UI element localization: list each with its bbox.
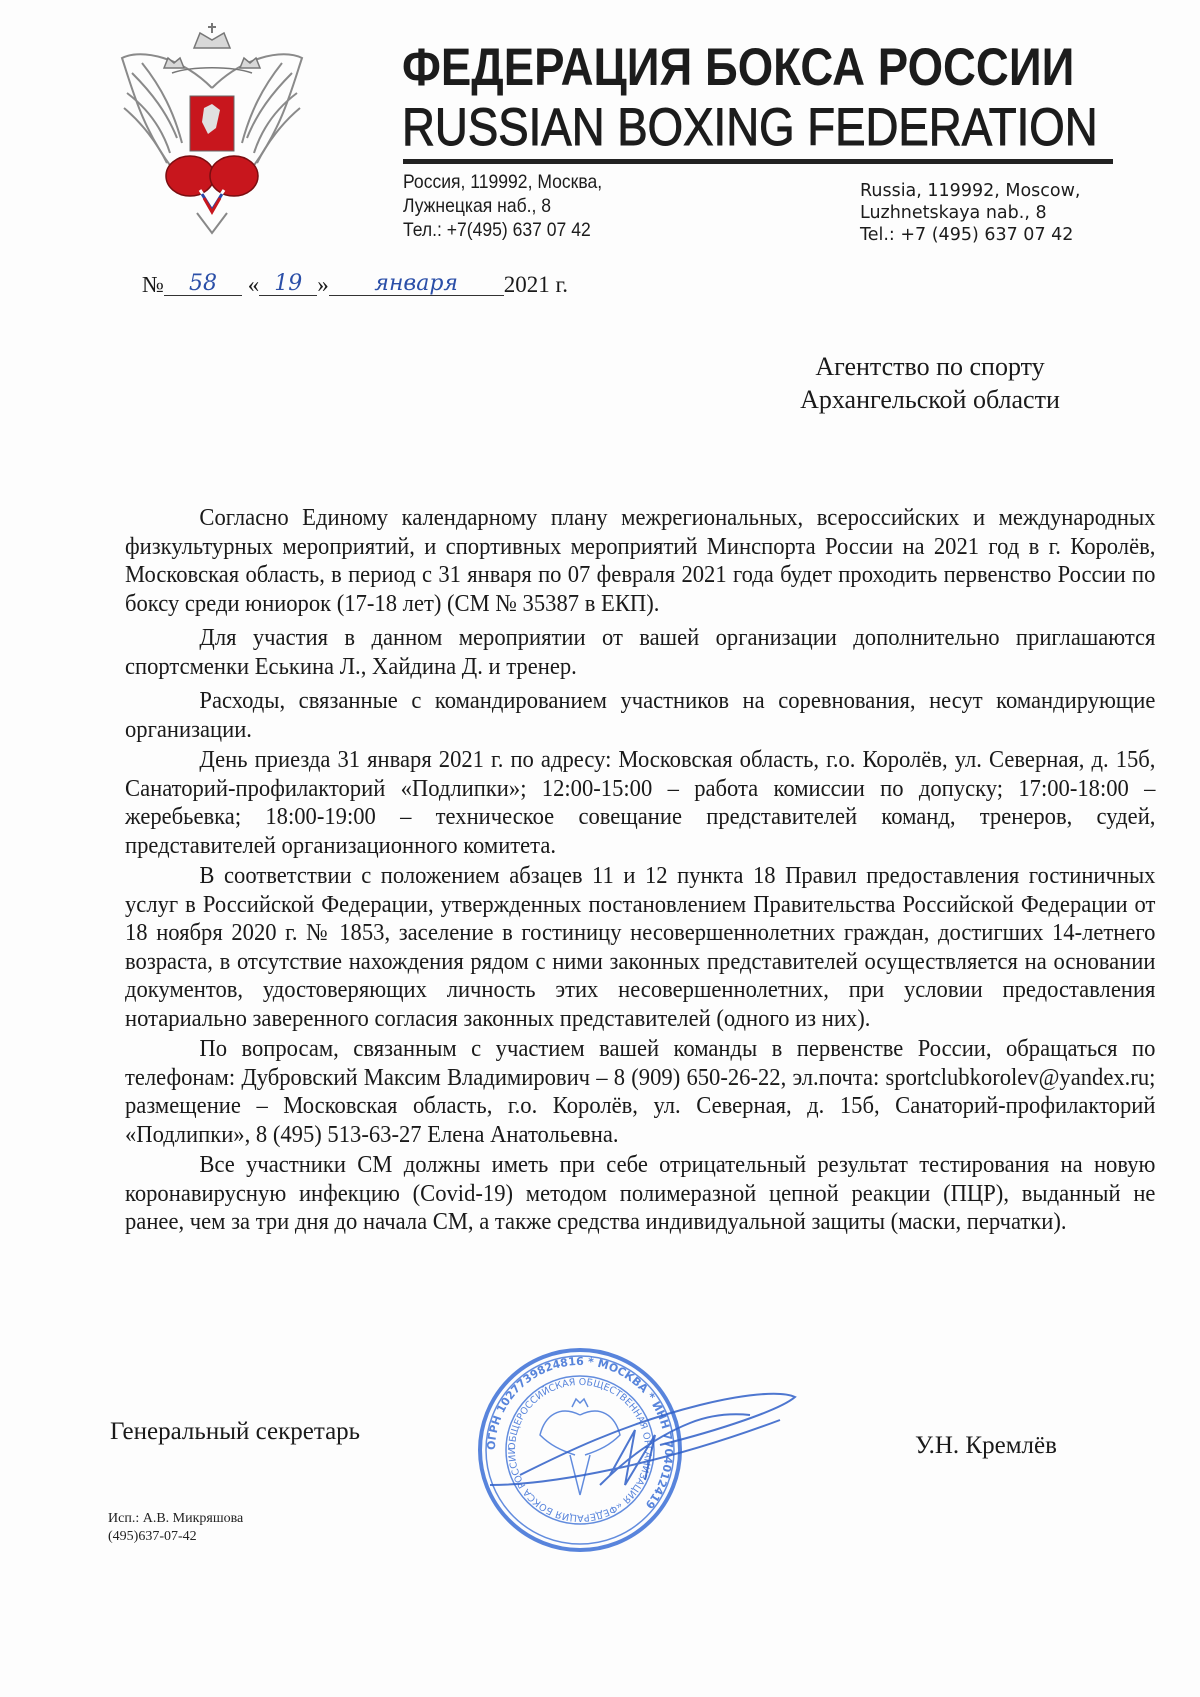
reference-line: №58 «19»января2021 г. bbox=[142, 272, 568, 298]
body-paragraph: День приезда 31 января 2021 г. по адресу… bbox=[125, 746, 1155, 860]
number-label: № bbox=[142, 272, 164, 297]
executor-name: Исп.: А.В. Микряшова bbox=[108, 1510, 243, 1528]
body-paragraph: Все участники СМ должны иметь при себе о… bbox=[125, 1151, 1155, 1237]
addressee: Агентство по спорту Архангельской област… bbox=[770, 350, 1090, 416]
signatory-name: У.Н. Кремлёв bbox=[915, 1432, 1057, 1460]
letter-page: ФЕДЕРАЦИЯ БОКСА РОССИИ RUSSIAN BOXING FE… bbox=[0, 0, 1200, 1697]
addressee-line: Архангельской области bbox=[770, 383, 1090, 416]
federation-emblem-icon bbox=[112, 18, 312, 238]
address-en-phone: Tel.: +7 (495) 637 07 42 bbox=[860, 224, 1080, 246]
address-en-line: Russia, 119992, Moscow, bbox=[860, 180, 1080, 202]
org-name-ru: ФЕДЕРАЦИЯ БОКСА РОССИИ bbox=[402, 38, 1098, 98]
letter-day: 19 bbox=[259, 273, 317, 296]
executor-phone: (495)637-07-42 bbox=[108, 1528, 243, 1546]
address-en-line: Luzhnetskaya nab., 8 bbox=[860, 202, 1080, 224]
body-paragraph: Согласно Единому календарному плану межр… bbox=[125, 504, 1155, 618]
quote-close: » bbox=[317, 272, 329, 297]
letter-body: Согласно Единому календарному плану межр… bbox=[125, 504, 1155, 1243]
letter-number: 58 bbox=[164, 273, 242, 296]
address-ru-line: Россия, 119992, Москва, bbox=[403, 170, 602, 194]
body-paragraph: Для участия в данном мероприятии от ваше… bbox=[125, 624, 1155, 681]
body-paragraph: По вопросам, связанным с участием вашей … bbox=[125, 1035, 1155, 1149]
official-stamp-icon: ОГРН 1027739824816 * МОСКВА * ИНН 770401… bbox=[460, 1335, 800, 1565]
executor-info: Исп.: А.В. Микряшова (495)637-07-42 bbox=[108, 1510, 243, 1546]
address-ru: Россия, 119992, Москва, Лужнецкая наб., … bbox=[403, 170, 602, 242]
address-ru-line: Лужнецкая наб., 8 bbox=[403, 194, 602, 218]
address-ru-phone: Тел.: +7(495) 637 07 42 bbox=[403, 218, 602, 242]
letter-year: 2021 г. bbox=[504, 272, 568, 297]
org-title: ФЕДЕРАЦИЯ БОКСА РОССИИ RUSSIAN BOXING FE… bbox=[402, 38, 1200, 158]
letter-month: января bbox=[329, 273, 504, 296]
quote-open: « bbox=[248, 272, 260, 297]
addressee-line: Агентство по спорту bbox=[770, 350, 1090, 383]
body-paragraph: Расходы, связанные с командированием уча… bbox=[125, 687, 1155, 744]
signatory-title: Генеральный секретарь bbox=[110, 1418, 360, 1446]
address-en: Russia, 119992, Moscow, Luzhnetskaya nab… bbox=[860, 180, 1080, 246]
org-name-en: RUSSIAN BOXING FEDERATION bbox=[402, 98, 1098, 158]
body-paragraph: В соответствии с положением абзацев 11 и… bbox=[125, 862, 1155, 1033]
letterhead-divider bbox=[403, 159, 1113, 164]
